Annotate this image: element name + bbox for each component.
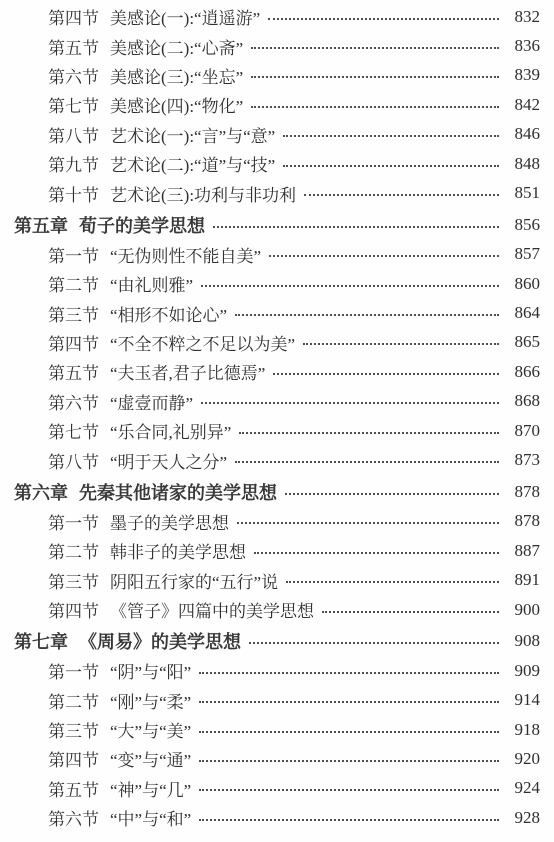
toc-entry-label: 第八节 — [48, 448, 99, 473]
toc-entry-page: 857 — [506, 244, 540, 264]
toc-entry-label: 第七节 — [48, 92, 99, 117]
dotted-leader — [237, 522, 499, 524]
toc-entry-label: 第八节 — [48, 122, 99, 147]
dotted-leader — [269, 255, 499, 257]
toc-entry-label: 第六节 — [48, 805, 99, 830]
toc-entry-label: 第二节 — [48, 688, 99, 713]
toc-entry-label: 第四节 — [48, 597, 99, 622]
toc-entry-page: 868 — [506, 391, 540, 411]
toc-section-row: 第七节 美感论(四):“物化” 842 — [0, 90, 554, 119]
dotted-leader — [251, 106, 499, 108]
toc-entry-page: 873 — [506, 450, 540, 470]
toc-section-row: 第八节 “明于天人之分” 873 — [0, 445, 554, 474]
toc-entry-title: 先秦其他诸家的美学思想 — [79, 479, 277, 505]
toc-entry-page: 920 — [506, 749, 540, 769]
toc-entry-label: 第四节 — [48, 4, 99, 29]
toc-section-row: 第二节 韩非子的美学思想 887 — [0, 536, 554, 565]
toc-section-row: 第四节 《管子》四篇中的美学思想 900 — [0, 595, 554, 624]
toc-entry-page: 839 — [506, 65, 540, 85]
toc-entry-title: “由礼则雅” — [110, 271, 193, 296]
dotted-leader — [239, 432, 499, 434]
toc-entry-title: “神”与“几” — [110, 776, 191, 801]
dotted-leader — [285, 493, 499, 495]
toc-section-row: 第六节 “虚壹而静” 868 — [0, 387, 554, 416]
toc-section-row: 第五节 “夫玉者,君子比德焉” 866 — [0, 357, 554, 386]
toc-chapter-row: 第六章 先秦其他诸家的美学思想 878 — [0, 477, 554, 506]
toc-entry-title: 《管子》四篇中的美学思想 — [110, 597, 314, 622]
dotted-leader — [199, 789, 499, 791]
toc-entry-title: 美感论(四):“物化” — [110, 92, 243, 117]
toc-entry-title: 艺术论(三):功利与非功利 — [110, 181, 296, 206]
toc-entry-title: “无伪则性不能自美” — [110, 242, 261, 267]
toc-entry-page: 878 — [506, 511, 540, 531]
toc-section-row: 第六节 “中”与“和” 928 — [0, 803, 554, 832]
toc-entry-label: 第一节 — [48, 242, 99, 267]
dotted-leader — [235, 461, 499, 463]
toc-entry-label: 第五节 — [48, 34, 99, 59]
toc-entry-label: 第二节 — [48, 271, 99, 296]
dotted-leader — [303, 343, 499, 345]
dotted-leader — [201, 285, 499, 287]
toc-entry-title: “变”与“通” — [110, 746, 191, 771]
toc-section-row: 第五节 “神”与“几” 924 — [0, 774, 554, 803]
toc-section-row: 第十节 艺术论(三):功利与非功利 851 — [0, 178, 554, 207]
toc-entry-title: “虚壹而静” — [110, 389, 193, 414]
toc-section-row: 第二节 “由礼则雅” 860 — [0, 269, 554, 298]
toc-entry-page: 860 — [506, 274, 540, 294]
toc-entry-label: 第三节 — [48, 301, 99, 326]
toc-section-row: 第一节 “阴”与“阳” 909 — [0, 656, 554, 685]
toc-entry-title: 墨子的美学思想 — [110, 509, 229, 534]
toc-entry-label: 第四节 — [48, 330, 99, 355]
toc-entry-title: “中”与“和” — [110, 805, 191, 830]
toc-entry-page: 865 — [506, 332, 540, 352]
toc-entry-title: 艺术论(一):“言”与“意” — [110, 122, 275, 147]
toc-entry-label: 第三节 — [48, 717, 99, 742]
toc-section-row: 第三节 阴阳五行家的“五行”说 891 — [0, 565, 554, 594]
toc-section-row: 第七节 “乐合同,礼别异” 870 — [0, 416, 554, 445]
toc-section-row: 第四节 “不全不粹之不足以为美” 865 — [0, 328, 554, 357]
toc-entry-page: 914 — [506, 690, 540, 710]
dotted-leader — [251, 47, 499, 49]
toc-entry-page: 924 — [506, 778, 540, 798]
toc-entry-label: 第三节 — [48, 568, 99, 593]
toc-section-row: 第四节 “变”与“通” 920 — [0, 744, 554, 773]
dotted-leader — [199, 731, 499, 733]
toc-entry-label: 第五节 — [48, 776, 99, 801]
dotted-leader — [199, 819, 499, 821]
dotted-leader — [283, 165, 499, 167]
toc-section-row: 第三节 “相形不如论心” 864 — [0, 298, 554, 327]
toc-section-row: 第四节 美感论(一):“逍遥游” 832 — [0, 2, 554, 31]
toc-entry-page: 878 — [506, 482, 540, 502]
toc-entry-page: 900 — [506, 600, 540, 620]
toc-section-row: 第五节 美感论(二):“心斋” 836 — [0, 31, 554, 60]
dotted-leader — [251, 76, 499, 78]
dotted-leader — [286, 581, 499, 583]
toc-entry-title: “乐合同,礼别异” — [110, 418, 231, 443]
toc-entry-label: 第六节 — [48, 389, 99, 414]
toc-chapter-row: 第七章 《周易》的美学思想 908 — [0, 627, 554, 656]
toc-entry-title: 美感论(二):“心斋” — [110, 34, 243, 59]
toc-entry-title: “夫玉者,君子比德焉” — [110, 359, 265, 384]
toc-entry-page: 887 — [506, 541, 540, 561]
toc-entry-label: 第九节 — [48, 151, 99, 176]
dotted-leader — [322, 611, 499, 613]
toc-section-row: 第九节 艺术论(二):“道”与“技” 848 — [0, 149, 554, 178]
toc-entry-label: 第一节 — [48, 509, 99, 534]
toc-entry-title: 阴阳五行家的“五行”说 — [110, 568, 278, 593]
toc-entry-title: “刚”与“柔” — [110, 688, 191, 713]
toc-entry-page: 866 — [506, 362, 540, 382]
toc-entry-label: 第六节 — [48, 63, 99, 88]
toc-section-row: 第一节 墨子的美学思想 878 — [0, 507, 554, 536]
toc-list: 第四节 美感论(一):“逍遥游” 832 第五节 美感论(二):“心斋” 836… — [0, 2, 554, 832]
dotted-leader — [304, 194, 499, 196]
toc-entry-page: 891 — [506, 570, 540, 590]
toc-entry-page: 846 — [506, 124, 540, 144]
toc-entry-label: 第七节 — [48, 418, 99, 443]
toc-entry-title: 韩非子的美学思想 — [110, 538, 246, 563]
dotted-leader — [273, 373, 499, 375]
dotted-leader — [283, 135, 499, 137]
toc-entry-page: 908 — [506, 631, 540, 651]
dotted-leader — [201, 402, 499, 404]
toc-entry-title: 《周易》的美学思想 — [79, 628, 241, 654]
toc-entry-label: 第十节 — [48, 181, 99, 206]
toc-entry-title: “明于天人之分” — [110, 448, 227, 473]
toc-entry-page: 848 — [506, 154, 540, 174]
dotted-leader — [254, 552, 499, 554]
toc-section-row: 第二节 “刚”与“柔” 914 — [0, 685, 554, 714]
toc-entry-title: “不全不粹之不足以为美” — [110, 330, 295, 355]
toc-entry-title: 美感论(三):“坐忘” — [110, 63, 243, 88]
toc-entry-page: 856 — [506, 215, 540, 235]
toc-entry-title: 艺术论(二):“道”与“技” — [110, 151, 275, 176]
toc-entry-label: 第一节 — [48, 658, 99, 683]
toc-section-row: 第一节 “无伪则性不能自美” 857 — [0, 240, 554, 269]
toc-entry-title: “相形不如论心” — [110, 301, 227, 326]
toc-entry-label: 第四节 — [48, 746, 99, 771]
toc-entry-title: “大”与“美” — [110, 717, 191, 742]
toc-entry-page: 918 — [506, 720, 540, 740]
dotted-leader — [199, 672, 499, 674]
toc-entry-label: 第六章 — [14, 479, 68, 505]
toc-section-row: 第八节 艺术论(一):“言”与“意” 846 — [0, 120, 554, 149]
toc-entry-page: 836 — [506, 36, 540, 56]
toc-entry-title: 美感论(一):“逍遥游” — [110, 4, 260, 29]
dotted-leader — [213, 226, 499, 228]
toc-entry-label: 第七章 — [14, 628, 68, 654]
toc-entry-title: 荀子的美学思想 — [79, 212, 205, 238]
toc-entry-page: 870 — [506, 421, 540, 441]
toc-section-row: 第三节 “大”与“美” 918 — [0, 715, 554, 744]
toc-entry-label: 第五章 — [14, 212, 68, 238]
toc-entry-page: 864 — [506, 303, 540, 323]
toc-entry-page: 842 — [506, 95, 540, 115]
dotted-leader — [199, 760, 499, 762]
toc-entry-title: “阴”与“阳” — [110, 658, 191, 683]
dotted-leader — [235, 314, 499, 316]
dotted-leader — [199, 701, 499, 703]
toc-entry-page: 909 — [506, 661, 540, 681]
toc-chapter-row: 第五章 荀子的美学思想 856 — [0, 210, 554, 239]
toc-section-row: 第六节 美感论(三):“坐忘” 839 — [0, 61, 554, 90]
toc-entry-page: 851 — [506, 183, 540, 203]
book-toc-page: 第四节 美感论(一):“逍遥游” 832 第五节 美感论(二):“心斋” 836… — [0, 0, 554, 842]
toc-entry-label: 第二节 — [48, 538, 99, 563]
toc-entry-label: 第五节 — [48, 359, 99, 384]
dotted-leader — [268, 18, 499, 20]
toc-entry-page: 832 — [506, 7, 540, 27]
toc-entry-page: 928 — [506, 808, 540, 828]
dotted-leader — [249, 642, 499, 644]
